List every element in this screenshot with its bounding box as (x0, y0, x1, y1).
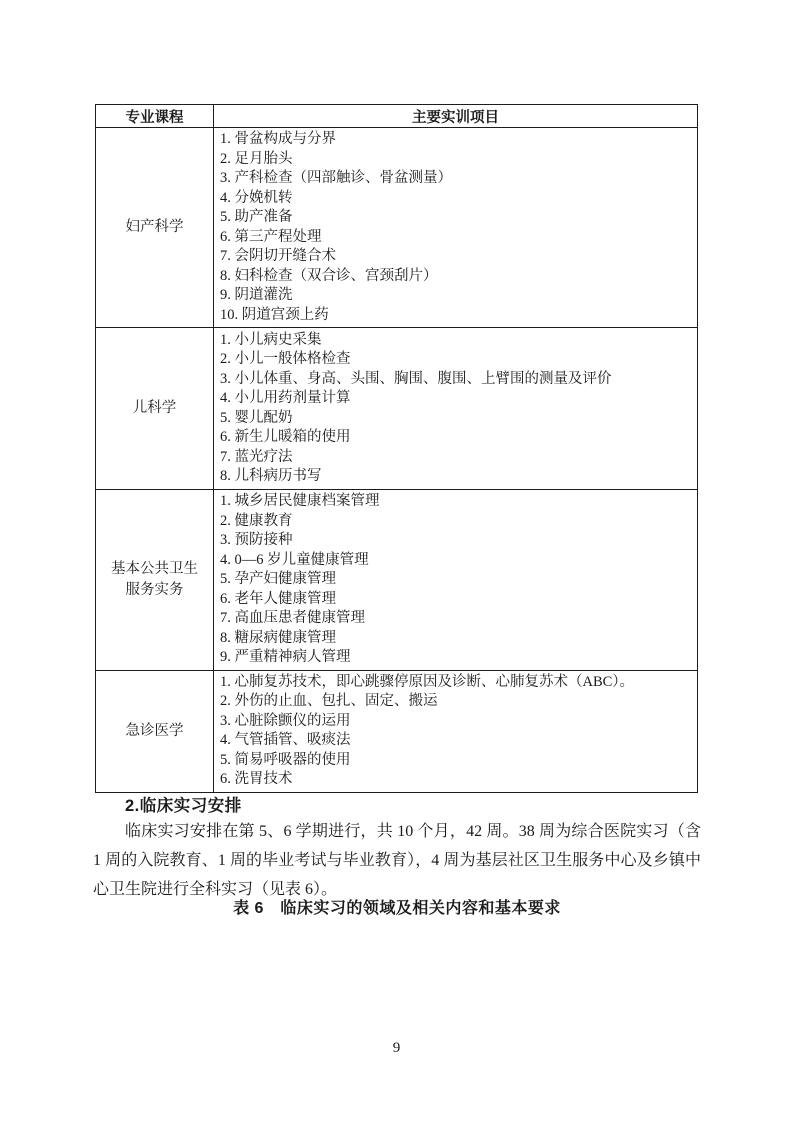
training-item: 3. 产科检查（四部触诊、骨盆测量） (220, 169, 693, 189)
training-item: 9. 阴道灌洗 (220, 286, 693, 306)
section-heading: 2.临床实习安排 (125, 792, 242, 816)
course-name: 急诊医学 (96, 670, 214, 792)
training-item: 4. 0—6 岁儿童健康管理 (220, 551, 693, 571)
training-item: 5. 助产准备 (220, 208, 693, 228)
document-page: 专业课程 主要实训项目 妇产科学1. 骨盆构成与分界2. 足月胎头3. 产科检查… (0, 0, 793, 1122)
training-items: 1. 城乡居民健康档案管理2. 健康教育3. 预防接种4. 0—6 岁儿童健康管… (214, 490, 698, 671)
table-row: 儿科学1. 小儿病史采集2. 小儿一般体格检查3. 小儿体重、身高、头围、胸围、… (96, 328, 698, 490)
course-name: 妇产科学 (96, 128, 214, 328)
training-item: 4. 气管插管、吸痰法 (220, 731, 693, 751)
training-item: 7. 高血压患者健康管理 (220, 609, 693, 629)
training-item: 7. 蓝光疗法 (220, 448, 693, 468)
training-item: 8. 糖尿病健康管理 (220, 629, 693, 649)
body-paragraph: 临床实习安排在第 5、6 学期进行，共 10 个月，42 周。38 周为综合医院… (93, 817, 701, 904)
training-item: 5. 孕产妇健康管理 (220, 570, 693, 590)
training-item: 8. 儿科病历书写 (220, 467, 693, 487)
training-item: 5. 婴儿配奶 (220, 409, 693, 429)
training-item: 2. 外伤的止血、包扎、固定、搬运 (220, 692, 693, 712)
training-item: 8. 妇科检查（双合诊、宫颈刮片） (220, 267, 693, 287)
training-item: 2. 小儿一般体格检查 (220, 350, 693, 370)
training-item: 10. 阴道宫颈上药 (220, 306, 693, 326)
training-item: 4. 分娩机转 (220, 189, 693, 209)
training-item: 9. 严重精神病人管理 (220, 648, 693, 668)
course-name: 基本公共卫生服务实务 (96, 490, 214, 671)
training-item: 4. 小儿用药剂量计算 (220, 389, 693, 409)
training-item: 1. 城乡居民健康档案管理 (220, 492, 693, 512)
table-header-row: 专业课程 主要实训项目 (96, 105, 698, 128)
column-header-course: 专业课程 (96, 105, 214, 128)
table-row: 基本公共卫生服务实务1. 城乡居民健康档案管理2. 健康教育3. 预防接种4. … (96, 490, 698, 671)
training-item: 7. 会阴切开缝合术 (220, 247, 693, 267)
training-item: 3. 预防接种 (220, 531, 693, 551)
training-item: 3. 小儿体重、身高、头围、胸围、腹围、上臂围的测量及评价 (220, 370, 693, 390)
table-row: 妇产科学1. 骨盆构成与分界2. 足月胎头3. 产科检查（四部触诊、骨盆测量）4… (96, 128, 698, 328)
training-item: 6. 老年人健康管理 (220, 590, 693, 610)
training-item: 6. 洗胃技术 (220, 770, 693, 790)
training-item: 2. 健康教育 (220, 512, 693, 532)
course-name: 儿科学 (96, 328, 214, 490)
training-projects-table: 专业课程 主要实训项目 妇产科学1. 骨盆构成与分界2. 足月胎头3. 产科检查… (95, 104, 698, 793)
column-header-projects: 主要实训项目 (214, 105, 698, 128)
training-item: 6. 第三产程处理 (220, 228, 693, 248)
table6-caption: 表 6 临床实习的领域及相关内容和基本要求 (93, 895, 701, 918)
training-item: 1. 骨盆构成与分界 (220, 130, 693, 150)
training-items: 1. 心肺复苏技术，即心跳骤停原因及诊断、心肺复苏术（ABC）。2. 外伤的止血… (214, 670, 698, 792)
course-table-body: 妇产科学1. 骨盆构成与分界2. 足月胎头3. 产科检查（四部触诊、骨盆测量）4… (96, 128, 698, 793)
training-item: 5. 简易呼吸器的使用 (220, 751, 693, 771)
training-item: 2. 足月胎头 (220, 150, 693, 170)
training-item: 3. 心脏除颤仪的运用 (220, 712, 693, 732)
training-item: 6. 新生儿暖箱的使用 (220, 428, 693, 448)
training-item: 1. 心肺复苏技术，即心跳骤停原因及诊断、心肺复苏术（ABC）。 (220, 673, 693, 693)
page-number: 9 (0, 1040, 793, 1057)
training-item: 1. 小儿病史采集 (220, 331, 693, 351)
training-items: 1. 骨盆构成与分界2. 足月胎头3. 产科检查（四部触诊、骨盆测量）4. 分娩… (214, 128, 698, 328)
table-row: 急诊医学1. 心肺复苏技术，即心跳骤停原因及诊断、心肺复苏术（ABC）。2. 外… (96, 670, 698, 792)
training-items: 1. 小儿病史采集2. 小儿一般体格检查3. 小儿体重、身高、头围、胸围、腹围、… (214, 328, 698, 490)
